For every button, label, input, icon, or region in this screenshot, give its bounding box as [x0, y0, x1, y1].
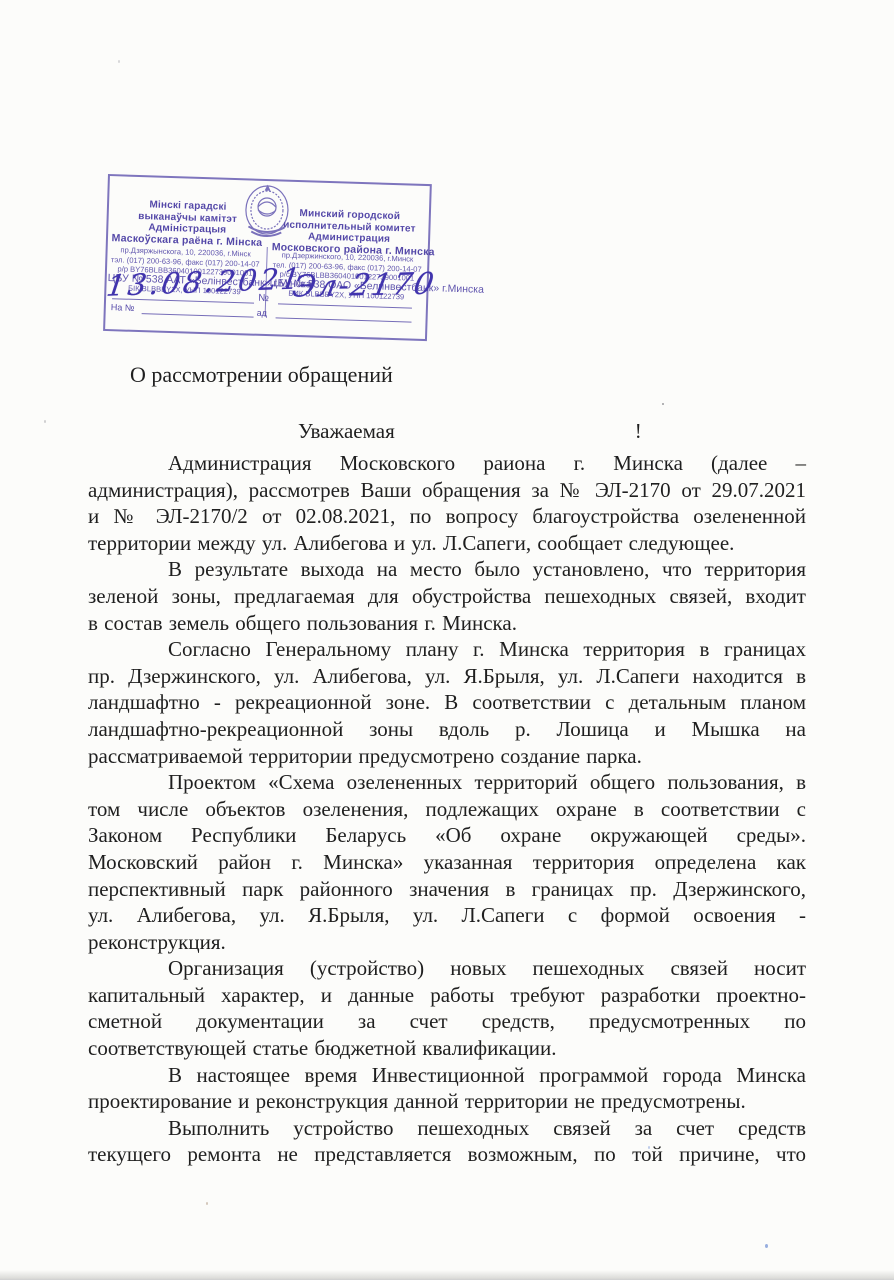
text-line: Выполнить устройство пешеходных связей з…: [88, 1115, 806, 1142]
text-line: Проектом «Схема озелененных территорий о…: [88, 769, 806, 796]
text-line: ландшафтно-рекреационной зоны вдоль р. Л…: [88, 716, 806, 743]
exclamation-mark: !: [635, 418, 642, 444]
text-line: территории между ул. Алибегова и ул. Л.С…: [88, 530, 806, 557]
greeting-line: Уважаемая!: [88, 418, 806, 444]
text-line: В настоящее время Инвестиционной програм…: [88, 1062, 806, 1089]
text-line: Администрация Московского раиона г. Минс…: [88, 450, 806, 477]
text-line: рассматриваемой территории предусмотрено…: [88, 743, 806, 770]
stamp-na-no-label: На №: [111, 302, 135, 313]
ad-fill-line: [276, 317, 412, 322]
text-line: зеленой зоны, предлагаемая для обустройс…: [88, 583, 806, 610]
scan-speck: [118, 60, 120, 63]
text-line: проектирование и реконструкция данной те…: [88, 1088, 806, 1115]
letter-body: О рассмотрении обращений Уважаемая! Адми…: [88, 360, 806, 1168]
letter-paragraphs: Администрация Московского раиона г. Минс…: [88, 450, 806, 1168]
scan-speck: [648, 1146, 650, 1149]
text-line: пр. Дзержинского, ул. Алибегова, ул. Я.Б…: [88, 663, 806, 690]
text-line: капитальный характер, и данные работы тр…: [88, 982, 806, 1009]
stamp-ad-label: ад: [257, 308, 268, 318]
text-line: реконструкция.: [88, 929, 806, 956]
na-no-fill-line: [142, 313, 254, 318]
text-line: Законом Республики Беларусь «Об охране о…: [88, 822, 806, 849]
text-line: В результате выхода на место было устано…: [88, 556, 806, 583]
text-line: сметной документации за счет средств, пр…: [88, 1008, 806, 1035]
organization-stamp: Мінскі гарадсківыканаўчы камітэтАдмініст…: [103, 174, 432, 341]
stamp-org-belarusian: Мінскі гарадсківыканаўчы камітэтАдмініст…: [110, 198, 265, 249]
text-line: в состав земель общего пользования г. Ми…: [88, 610, 806, 637]
text-line: том числе объектов озеленения, подлежащи…: [88, 796, 806, 823]
text-line: Согласно Генеральному плану г. Минска те…: [88, 636, 806, 663]
text-line: соответствующей статье бюджетной квалифи…: [88, 1035, 806, 1062]
scan-speck: [662, 403, 664, 405]
handwritten-outgoing-number: Эл-2170: [289, 267, 438, 305]
text-line: текущего ремонта не представляется возмо…: [88, 1141, 806, 1168]
text-line: администрация), рассмотрев Ваши обращени…: [88, 477, 806, 504]
text-line: Организация (устройство) новых пешеходны…: [88, 955, 806, 982]
salutation-text: Уважаемая: [298, 419, 395, 443]
scanned-letter-page: { "colors": { "stamp_ink": "#5448a8", "h…: [0, 0, 894, 1280]
text-line: перспективный парк районного значения в …: [88, 876, 806, 903]
scan-speck: [44, 420, 46, 423]
scan-bottom-edge: [0, 1270, 894, 1280]
letter-subject: О рассмотрении обращений: [130, 360, 806, 390]
text-line: ул. Алибегова, ул. Я.Брыля, ул. Л.Сапеги…: [88, 902, 806, 929]
scan-speck: [765, 1244, 768, 1248]
text-line: ландшафтно - рекреационной зоне. В соотв…: [88, 689, 806, 716]
text-line: и № ЭЛ-2170/2 от 02.08.2021, по вопросу …: [88, 503, 806, 530]
scan-speck: [206, 1202, 208, 1205]
text-line: Московский район г. Минска» указанная те…: [88, 849, 806, 876]
